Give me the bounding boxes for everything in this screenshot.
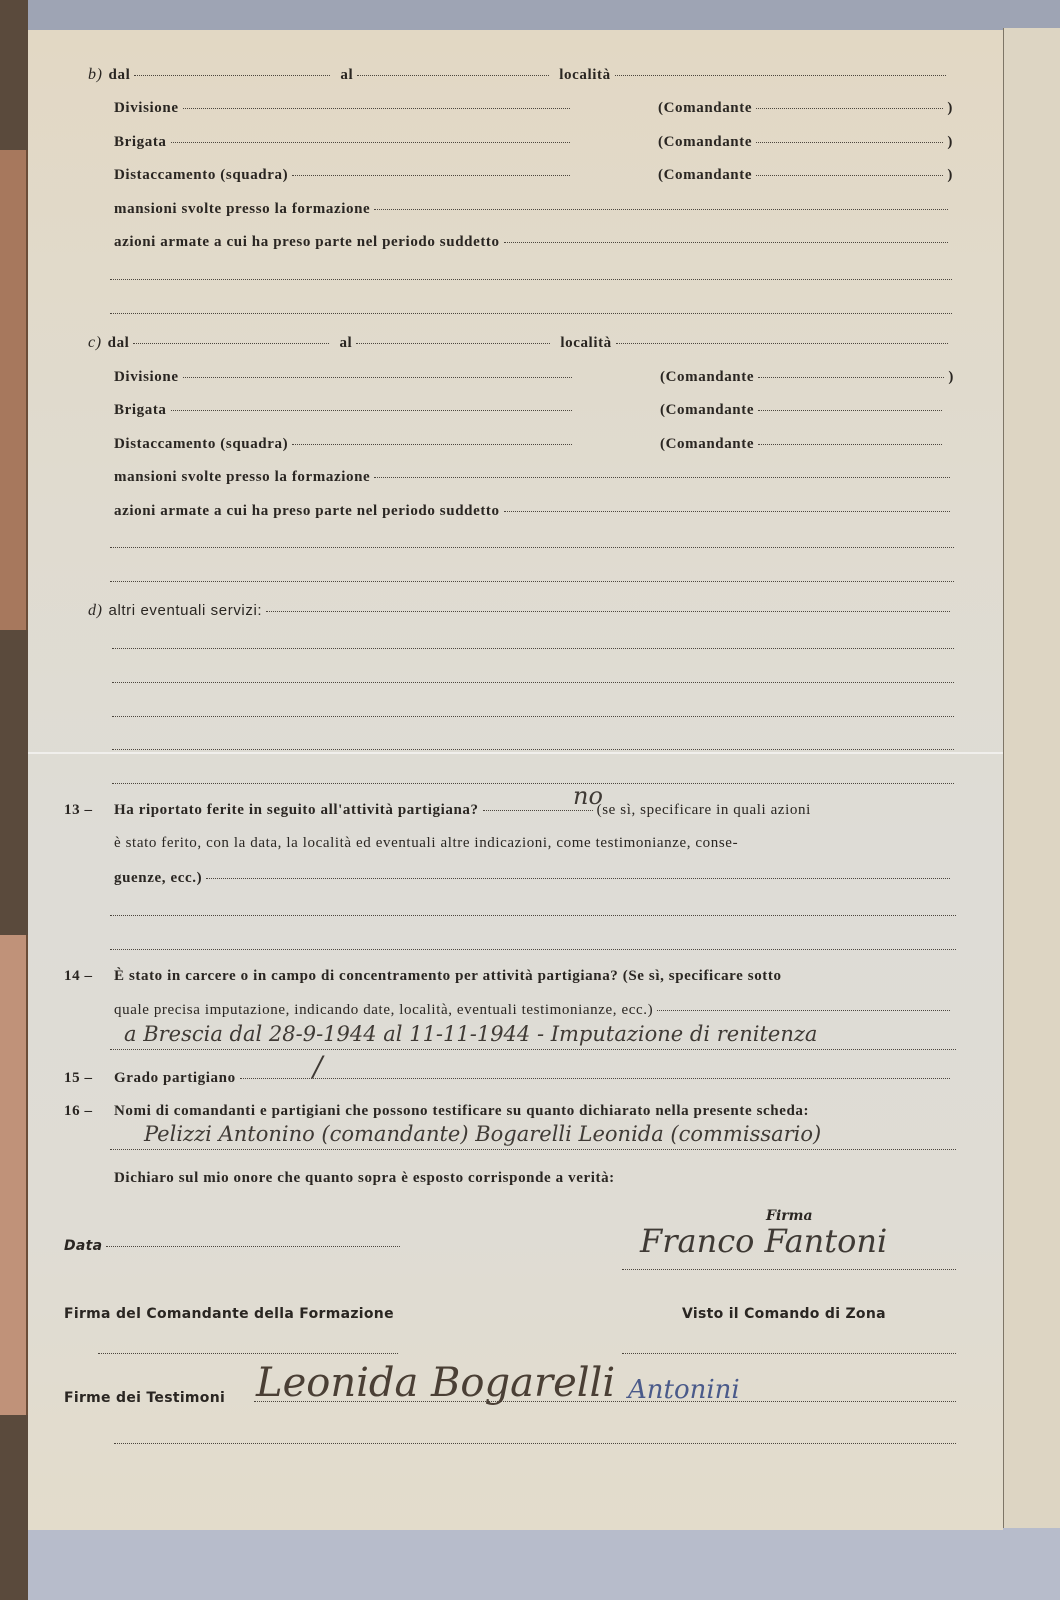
blank-line[interactable]: [110, 948, 956, 950]
divisione-label: Divisione: [114, 100, 179, 117]
localita-field[interactable]: [616, 342, 948, 344]
distaccamento-field[interactable]: [292, 174, 570, 176]
azioni-label: azioni armate a cui ha preso parte nel p…: [114, 234, 500, 251]
divisione-field[interactable]: [183, 376, 572, 378]
q14-question-cont: quale precisa imputazione, indicando dat…: [114, 1002, 653, 1019]
blank-line[interactable]: [110, 914, 956, 916]
dal-label: dal: [108, 335, 130, 352]
visto-row: Visto il Comando di Zona: [682, 1306, 962, 1322]
azioni-label: azioni armate a cui ha preso parte nel p…: [114, 503, 500, 520]
q13-question-cont: è stato ferito, con la data, la località…: [114, 835, 738, 852]
data-field[interactable]: [106, 1245, 400, 1247]
localita-label: località: [560, 335, 611, 352]
data-row: Data: [64, 1238, 404, 1254]
q15-answer-handwritten: /: [313, 1050, 322, 1083]
q14-question: È stato in carcere o in campo di concent…: [114, 968, 782, 985]
comandante-label: (Comandante: [660, 369, 754, 386]
section-c-marker: c): [88, 334, 102, 352]
altri-servizi-field[interactable]: [266, 610, 950, 612]
section-b-brigata-row: Brigata: [114, 134, 574, 151]
comandante-field[interactable]: [758, 443, 942, 445]
section-b-divisione-comandante: (Comandante ): [658, 100, 953, 117]
q14-answer-line[interactable]: [110, 1048, 956, 1050]
comandante-formazione-label: Firma del Comandante della Formazione: [64, 1306, 394, 1322]
q13-line3: guenze, ecc.): [114, 870, 954, 887]
section-b-mansioni-row: mansioni svolte presso la formazione: [114, 201, 952, 218]
brigata-field[interactable]: [171, 141, 570, 143]
azioni-field[interactable]: [504, 510, 950, 512]
blank-line[interactable]: [110, 546, 954, 548]
close-paren: ): [948, 369, 954, 386]
section-b-marker: b): [88, 66, 103, 84]
dal-field[interactable]: [134, 74, 330, 76]
comandante-formazione-row: Firma del Comandante della Formazione: [64, 1306, 444, 1322]
blank-line[interactable]: [110, 580, 954, 582]
adjacent-page-edge: [1003, 28, 1060, 1528]
form-page: b) dal al località Divisione (Comandante…: [28, 30, 1003, 1530]
firma-signature: Franco Fantoni: [640, 1222, 887, 1260]
blank-line[interactable]: [112, 681, 954, 683]
q13-row: 13 – Ha riportato ferite in seguito all'…: [64, 802, 954, 819]
blank-line[interactable]: [110, 312, 952, 314]
q13-question: Ha riportato ferite in seguito all'attiv…: [114, 802, 479, 819]
q13-details-field[interactable]: [206, 877, 950, 879]
visto-comando-signature-line[interactable]: [622, 1352, 956, 1354]
section-c-distaccamento-comandante: (Comandante: [660, 436, 946, 453]
declaration-row: Dichiaro sul mio onore che quanto sopra …: [114, 1170, 954, 1187]
q15-label: Grado partigiano: [114, 1070, 236, 1087]
blank-line[interactable]: [112, 647, 954, 649]
comandante-field[interactable]: [758, 376, 944, 378]
blank-line[interactable]: [112, 715, 954, 717]
q14-row: 14 – È stato in carcere o in campo di co…: [64, 968, 954, 985]
q16-row: 16 – Nomi di comandanti e partigiani che…: [64, 1103, 954, 1120]
distaccamento-label: Distaccamento (squadra): [114, 436, 288, 453]
divisione-label: Divisione: [114, 369, 179, 386]
section-c-brigata-comandante: (Comandante: [660, 402, 946, 419]
q15-number: 15 –: [64, 1070, 114, 1087]
blank-line[interactable]: [112, 782, 954, 784]
q13-number: 13 –: [64, 802, 114, 819]
section-d-row: d) altri eventuali servizi:: [88, 602, 954, 620]
distaccamento-field[interactable]: [292, 443, 572, 445]
comandante-label: (Comandante: [658, 167, 752, 184]
declaration-text: Dichiaro sul mio onore che quanto sopra …: [114, 1170, 615, 1187]
q15-row: 15 – Grado partigiano: [64, 1070, 954, 1087]
divisione-field[interactable]: [183, 107, 570, 109]
section-c-dates-row: c) dal al località: [88, 334, 952, 352]
q14-answer-handwritten: a Brescia dal 28-9-1944 al 11-11-1944 - …: [124, 1022, 817, 1046]
brigata-field[interactable]: [171, 409, 572, 411]
section-c-distaccamento-row: Distaccamento (squadra): [114, 436, 576, 453]
background-book-edge: [0, 935, 28, 1415]
q14-number: 14 –: [64, 968, 114, 985]
localita-label: località: [559, 67, 610, 84]
comandante-field[interactable]: [758, 409, 942, 411]
mansioni-field[interactable]: [374, 208, 948, 210]
comandante-label: (Comandante: [658, 134, 752, 151]
al-field[interactable]: [357, 74, 549, 76]
q16-answer-handwritten: Pelizzi Antonino (comandante) Bogarelli …: [144, 1122, 821, 1146]
q16-label: Nomi di comandanti e partigiani che poss…: [114, 1103, 809, 1120]
section-b-dates-row: b) dal al località: [88, 66, 950, 84]
comandante-field[interactable]: [756, 174, 943, 176]
close-paren: ): [947, 167, 953, 184]
section-c-divisione-comandante: (Comandante ): [660, 369, 954, 386]
paper-fold: [28, 752, 1003, 754]
section-c-brigata-row: Brigata: [114, 402, 576, 419]
comandante-label: (Comandante: [660, 402, 754, 419]
al-label: al: [340, 67, 353, 84]
background-tape-top: [0, 0, 1060, 34]
brigata-label: Brigata: [114, 134, 167, 151]
section-c-azioni-row: azioni armate a cui ha preso parte nel p…: [114, 503, 954, 520]
section-c-mansioni-row: mansioni svolte presso la formazione: [114, 469, 954, 486]
brigata-label: Brigata: [114, 402, 167, 419]
mansioni-label: mansioni svolte presso la formazione: [114, 201, 370, 218]
testimoni-label: Firme dei Testimoni: [64, 1390, 225, 1406]
blank-line[interactable]: [112, 748, 954, 750]
close-paren: ): [947, 134, 953, 151]
q13-line2: è stato ferito, con la data, la località…: [114, 835, 954, 852]
blank-line[interactable]: [110, 278, 952, 280]
close-paren: ): [947, 100, 953, 117]
q13-instructions: (se sì, specificare in quali azioni: [597, 802, 811, 819]
section-b-divisione-row: Divisione: [114, 100, 574, 117]
q16-answer-line[interactable]: [110, 1148, 956, 1150]
visto-comando-label: Visto il Comando di Zona: [682, 1306, 886, 1322]
dal-label: dal: [109, 67, 131, 84]
section-b-azioni-row: azioni armate a cui ha preso parte nel p…: [114, 234, 952, 251]
section-b-brigata-comandante: (Comandante ): [658, 134, 953, 151]
testimone-1-signature: Leonida Bogarelli: [256, 1360, 615, 1406]
q14-line2: quale precisa imputazione, indicando dat…: [114, 1002, 954, 1019]
azioni-field[interactable]: [504, 241, 948, 243]
data-label: Data: [64, 1238, 102, 1254]
q13-question-end: guenze, ecc.): [114, 870, 202, 887]
dal-field[interactable]: [133, 342, 329, 344]
section-c-divisione-row: Divisione: [114, 369, 576, 386]
section-d-marker: d): [88, 602, 103, 620]
mansioni-label: mansioni svolte presso la formazione: [114, 469, 370, 486]
al-field[interactable]: [356, 342, 550, 344]
al-label: al: [339, 335, 352, 352]
section-b-distaccamento-row: Distaccamento (squadra): [114, 167, 574, 184]
localita-field[interactable]: [615, 74, 946, 76]
comandante-field[interactable]: [756, 141, 943, 143]
distaccamento-label: Distaccamento (squadra): [114, 167, 288, 184]
comandante-label: (Comandante: [658, 100, 752, 117]
mansioni-field[interactable]: [374, 476, 950, 478]
background-book-edge: [0, 150, 28, 630]
q15-field[interactable]: [240, 1077, 950, 1079]
comandante-formazione-signature-line[interactable]: [98, 1352, 398, 1354]
comandante-label: (Comandante: [660, 436, 754, 453]
q13-answer-handwritten: no: [573, 782, 603, 810]
comandante-field[interactable]: [756, 107, 943, 109]
section-b-distaccamento-comandante: (Comandante ): [658, 167, 953, 184]
q16-number: 16 –: [64, 1103, 114, 1120]
firma-line[interactable]: [622, 1268, 956, 1270]
altri-servizi-label: altri eventuali servizi:: [109, 602, 263, 619]
testimoni-signature-line-2[interactable]: [114, 1442, 956, 1444]
q14-field[interactable]: [657, 1009, 950, 1011]
testimone-2-signature: Antonini: [628, 1375, 740, 1405]
